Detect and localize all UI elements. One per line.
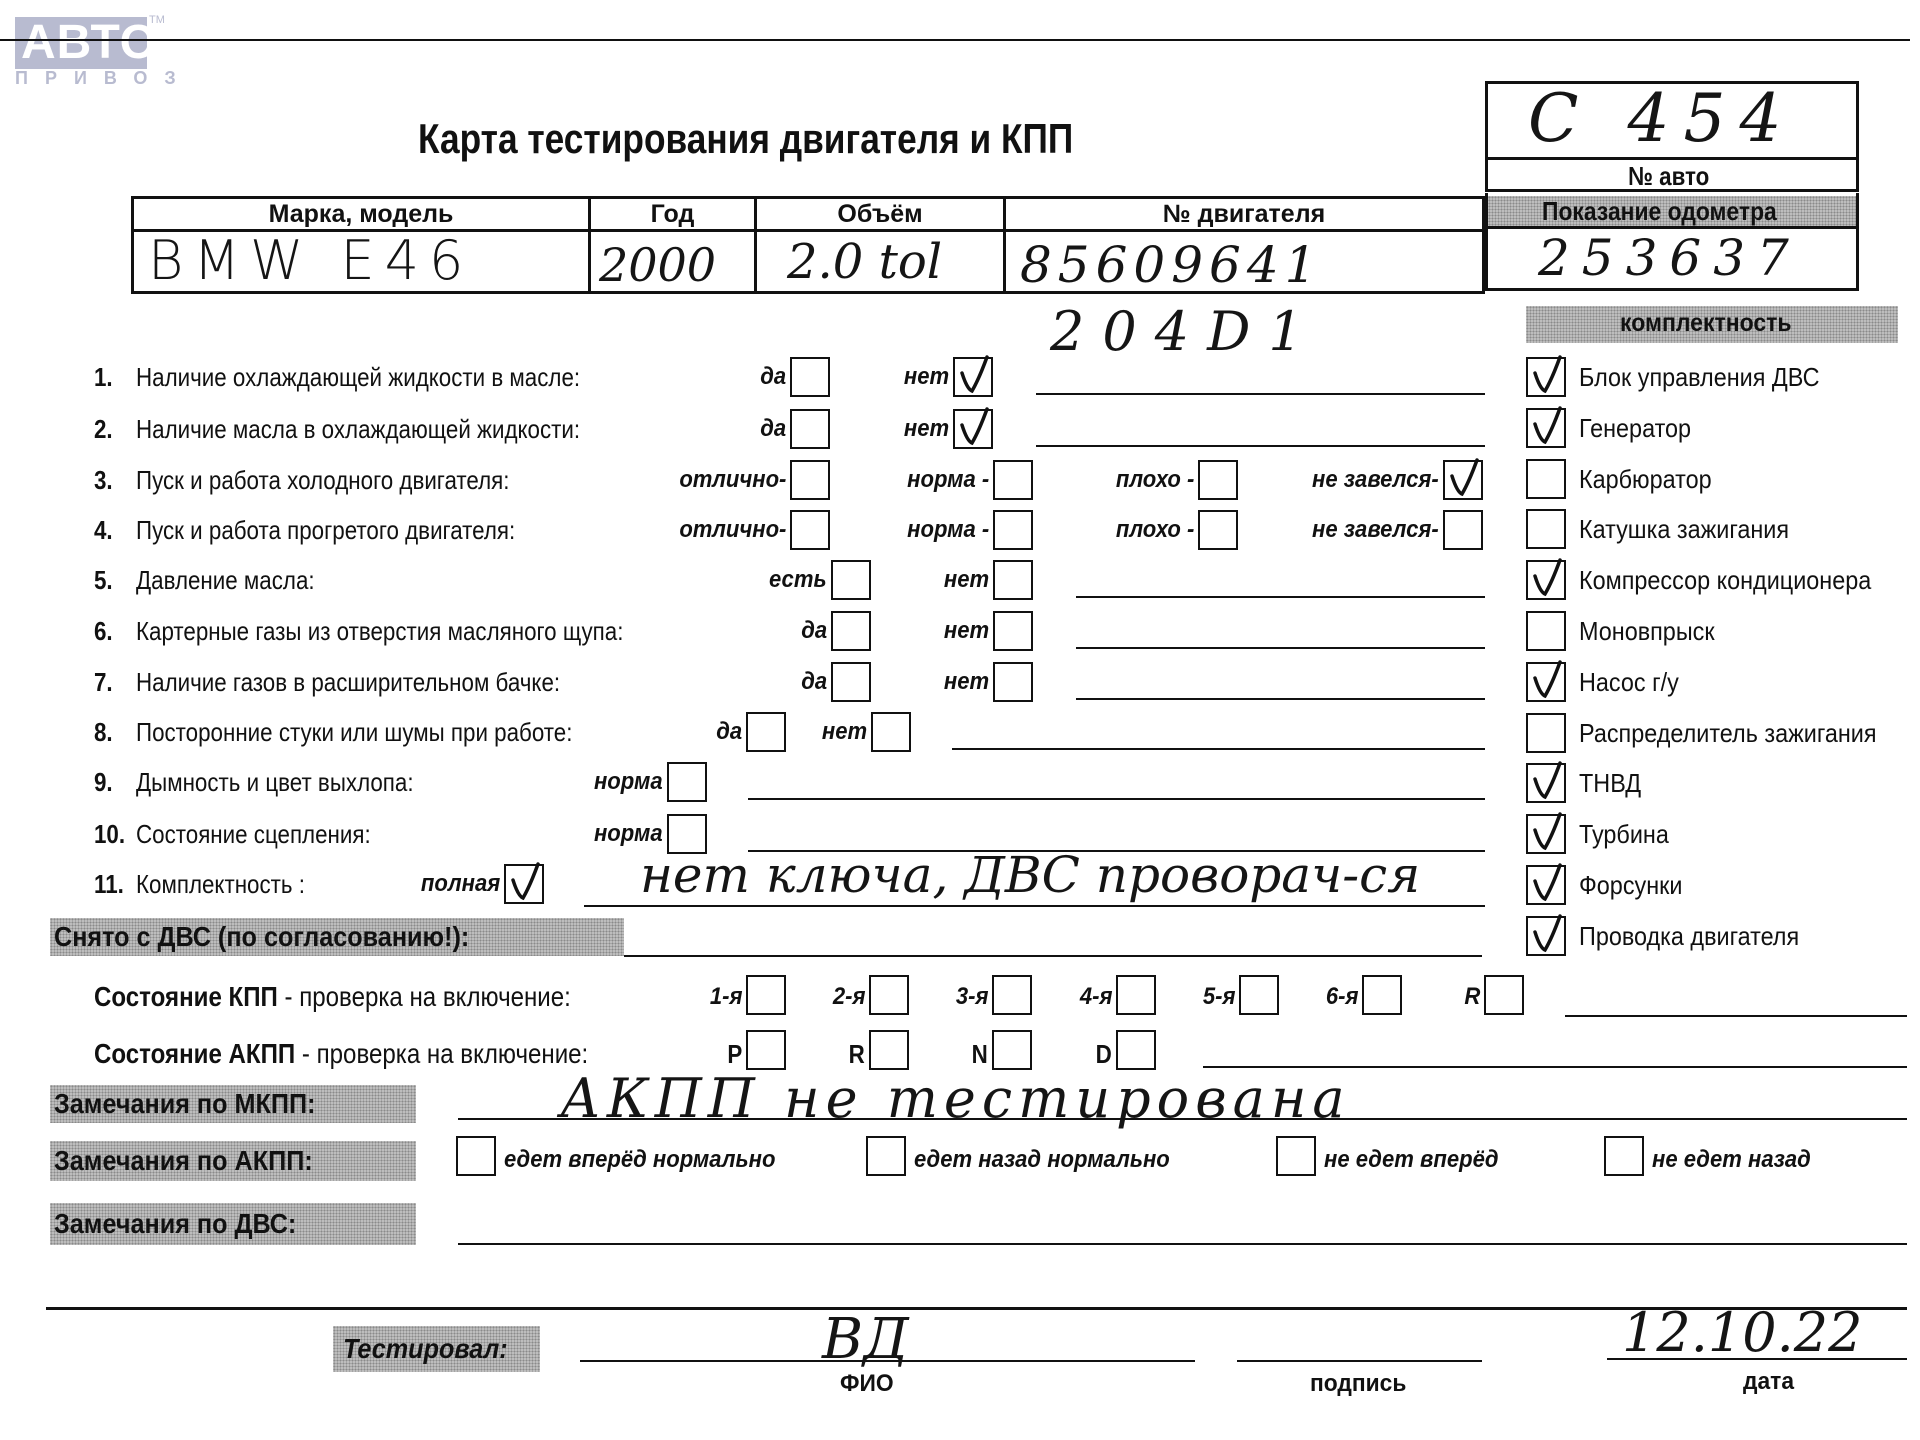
completeness-checkbox[interactable] (1526, 459, 1566, 499)
option-label: плохо - (1115, 518, 1194, 542)
remark-option-label: не едет назад (1652, 1148, 1811, 1172)
option-label: нет (822, 720, 867, 744)
check-number: 8. (94, 719, 113, 745)
odometer-label-bar: Показание одометра (1488, 196, 1856, 226)
check-note-line[interactable] (1076, 596, 1485, 598)
tested-by-label: Тестировал: (343, 1335, 508, 1363)
check-number: 6. (94, 618, 113, 644)
option-label: нет (944, 568, 989, 592)
option-label: нет (904, 417, 949, 441)
header-engine-number: № двигателя (1005, 198, 1484, 231)
odometer-label: Показание одометра (1542, 198, 1777, 224)
option-label: да (760, 417, 786, 441)
gear-checkbox[interactable] (1116, 975, 1156, 1015)
manual-gearbox-label-bold: Состояние КПП (94, 981, 278, 1012)
completeness-checkbox[interactable] (1526, 662, 1566, 702)
option-label: нет (904, 365, 949, 389)
option-checkbox[interactable] (993, 611, 1033, 651)
manual-gearbox-label-rest: - проверка на включение: (278, 981, 571, 1012)
option-checkbox[interactable] (993, 662, 1033, 702)
option-label: да (801, 619, 827, 643)
year-value: 2000 (599, 242, 716, 288)
remark-checkbox[interactable] (1276, 1136, 1316, 1176)
check-number: 11. (94, 871, 124, 897)
option-label: полная (421, 872, 500, 896)
check-label: Давление масла: (136, 567, 315, 593)
completeness-item-label: Компрессор кондиционера (1579, 567, 1871, 593)
remarks-engine-label: Замечания по ДВС: (54, 1210, 296, 1238)
option-checkbox[interactable] (746, 712, 786, 752)
option-checkbox[interactable] (790, 357, 830, 397)
option-checkbox[interactable] (953, 409, 993, 449)
gear-checkbox[interactable] (869, 1030, 909, 1070)
year-cell[interactable]: 2000 (590, 231, 756, 293)
gear-checkbox[interactable] (869, 975, 909, 1015)
manual-gearbox-label: Состояние КПП - проверка на включение: (94, 983, 571, 1011)
logo-text: АВТО (21, 19, 158, 67)
car-number-label: № авто (1628, 163, 1709, 189)
completeness-checkbox[interactable] (1526, 814, 1566, 854)
option-checkbox[interactable] (993, 460, 1033, 500)
option-label: не завелся- (1312, 518, 1439, 542)
gear-checkbox[interactable] (992, 1030, 1032, 1070)
volume-value: 2.0 tol (787, 238, 942, 286)
completeness-item-label: Проводка двигателя (1579, 923, 1799, 949)
option-label: да (801, 670, 827, 694)
gear-checkbox[interactable] (992, 975, 1032, 1015)
completeness-item-label: Моновпрыск (1579, 618, 1715, 644)
gear-label: 3-я (955, 985, 988, 1009)
completeness-note-line[interactable] (584, 905, 1485, 907)
logo-subtext: ПРИВОЗ (15, 68, 193, 89)
checkmark-icon (1530, 353, 1564, 397)
car-number-box: С 454 № авто (1485, 81, 1859, 192)
check-label: Наличие газов в расширительном бачке: (136, 669, 560, 695)
completeness-checkbox[interactable] (1526, 560, 1566, 600)
gear-checkbox[interactable] (1116, 1030, 1156, 1070)
option-label: нет (944, 670, 989, 694)
option-label: есть (769, 568, 827, 592)
header-volume: Объём (756, 198, 1005, 231)
divider (1488, 157, 1856, 160)
option-checkbox[interactable] (993, 510, 1033, 550)
check-label: Пуск и работа прогретого двигателя: (136, 517, 515, 543)
option-checkbox[interactable] (504, 864, 544, 904)
checkmark-icon (1530, 658, 1564, 702)
option-checkbox[interactable] (953, 357, 993, 397)
top-rule (0, 39, 1910, 41)
completeness-item-label: Насос г/у (1579, 669, 1679, 695)
check-note-line[interactable] (1036, 393, 1485, 395)
option-checkbox[interactable] (667, 762, 707, 802)
completeness-checkbox[interactable] (1526, 763, 1566, 803)
option-checkbox[interactable] (790, 460, 830, 500)
checkmark-icon (1530, 810, 1564, 854)
completeness-checkbox[interactable] (1526, 509, 1566, 549)
car-number-value[interactable]: С 454 (1528, 86, 1795, 152)
completeness-checkbox[interactable] (1526, 611, 1566, 651)
check-note-line[interactable] (952, 748, 1485, 750)
check-note-line[interactable] (748, 798, 1485, 800)
option-checkbox[interactable] (1443, 460, 1483, 500)
option-label: да (760, 365, 786, 389)
signature-line[interactable] (1237, 1360, 1482, 1362)
remarks-manual-label: Замечания по МКПП: (54, 1090, 316, 1118)
check-label: Картерные газы из отверстия масляного щу… (136, 618, 623, 644)
option-checkbox[interactable] (1198, 510, 1238, 550)
check-label: Комплектность : (136, 871, 305, 897)
completeness-checkbox[interactable] (1526, 916, 1566, 956)
remarks-engine-line[interactable] (458, 1243, 1907, 1245)
option-checkbox[interactable] (1443, 510, 1483, 550)
header-make-model: Марка, модель (133, 198, 590, 231)
manual-gearbox-note-line[interactable] (1565, 1015, 1907, 1017)
option-label: норма (594, 770, 663, 794)
gear-label: 2-я (832, 985, 865, 1009)
option-label: отлично- (679, 468, 786, 492)
checkmark-icon (957, 405, 991, 449)
make-model-cell[interactable]: BMW E46 (133, 231, 590, 293)
engine-number-cell[interactable]: 85609641 (1005, 231, 1484, 293)
completeness-item-label: Форсунки (1579, 872, 1682, 898)
logo-trademark: TM (149, 14, 165, 26)
checkmark-icon (1447, 456, 1481, 500)
checkmark-icon (1530, 912, 1564, 956)
option-checkbox[interactable] (831, 662, 871, 702)
remark-option-label: не едет вперёд (1324, 1148, 1499, 1172)
completeness-item-label: Карбюратор (1579, 466, 1712, 492)
name-caption: ФИО (840, 1372, 894, 1396)
completeness-item-label: Катушка зажигания (1579, 516, 1789, 542)
option-label: не завелся- (1312, 468, 1439, 492)
option-checkbox[interactable] (831, 611, 871, 651)
checkmark-icon (1530, 404, 1564, 448)
option-label: норма - (907, 518, 989, 542)
option-checkbox[interactable] (993, 560, 1033, 600)
gear-checkbox[interactable] (1484, 975, 1524, 1015)
volume-cell[interactable]: 2.0 tol (756, 231, 1005, 293)
check-number: 2. (94, 416, 113, 442)
check-number: 7. (94, 669, 113, 695)
gear-checkbox[interactable] (1239, 975, 1279, 1015)
gear-label: N (972, 1041, 988, 1067)
gear-label: 4-я (1079, 985, 1112, 1009)
completeness-checkbox[interactable] (1526, 713, 1566, 753)
remarks-engine-label-bar: Замечания по ДВС: (50, 1203, 416, 1245)
option-label: плохо - (1115, 468, 1194, 492)
removed-from-engine-label: Снято с ДВС (по согласованию!): (54, 923, 469, 951)
remarks-manual-label-bar: Замечания по МКПП: (50, 1085, 416, 1123)
tested-by-label-bar: Тестировал: (333, 1326, 540, 1372)
gear-label: 6-я (1325, 985, 1358, 1009)
remark-option-label: едет назад нормально (914, 1148, 1170, 1172)
completeness-checkbox[interactable] (1526, 865, 1566, 905)
remark-checkbox[interactable] (456, 1136, 496, 1176)
gear-label: R (1464, 985, 1480, 1009)
completeness-checkbox[interactable] (1526, 408, 1566, 448)
completeness-note[interactable]: нет ключа, ДВС проворач-ся (640, 850, 1420, 900)
check-number: 4. (94, 517, 113, 543)
gear-label: 1-я (709, 985, 742, 1009)
check-number: 9. (94, 769, 113, 795)
check-number: 10. (94, 821, 125, 847)
page-title: Карта тестирования двигателя и КПП (418, 118, 1073, 160)
remark-option-label: едет вперёд нормально (504, 1148, 775, 1172)
removed-from-engine-label-bar: Снято с ДВС (по согласованию!): (50, 918, 624, 956)
check-number: 1. (94, 364, 113, 390)
option-label: да (716, 720, 742, 744)
option-checkbox[interactable] (790, 510, 830, 550)
option-label: отлично- (679, 518, 786, 542)
odometer-value[interactable]: 253637 (1538, 233, 1801, 283)
completeness-header: комплектность (1526, 306, 1898, 343)
date-value[interactable]: 12.10.22 (1622, 1306, 1862, 1360)
checkmark-icon (508, 860, 542, 904)
check-label: Пуск и работа холодного двигателя: (136, 467, 509, 493)
remarks-manual-line (458, 1118, 1907, 1120)
completeness-checkbox[interactable] (1526, 357, 1566, 397)
date-caption: дата (1743, 1370, 1794, 1394)
option-checkbox[interactable] (790, 409, 830, 449)
make-model-value: BMW E46 (148, 234, 473, 288)
checkmark-icon (957, 353, 991, 397)
completeness-title: комплектность (1620, 311, 1792, 336)
check-note-line[interactable] (1076, 647, 1485, 649)
auto-gearbox-label: Состояние АКПП - проверка на включение: (94, 1040, 588, 1068)
check-label: Наличие охлаждающей жидкости в масле: (136, 364, 580, 390)
gear-label: 5-я (1202, 985, 1235, 1009)
check-label: Наличие масла в охлаждающей жидкости: (136, 416, 580, 442)
auto-gearbox-label-rest: - проверка на включение: (295, 1038, 588, 1069)
auto-gearbox-label-bold: Состояние АКПП (94, 1038, 295, 1069)
checkmark-icon (1530, 861, 1564, 905)
logo: АВТО (15, 17, 147, 69)
remark-checkbox[interactable] (866, 1136, 906, 1176)
car-info-table: Марка, модель Год Объём № двигателя BMW … (131, 196, 1485, 294)
completeness-item-label: Турбина (1579, 821, 1669, 847)
option-checkbox[interactable] (871, 712, 911, 752)
remark-checkbox[interactable] (1604, 1136, 1644, 1176)
completeness-item-label: Генератор (1579, 415, 1691, 441)
option-checkbox[interactable] (1198, 460, 1238, 500)
option-label: нет (944, 619, 989, 643)
gear-checkbox[interactable] (746, 975, 786, 1015)
engine-number-value: 85609641 (1020, 240, 1323, 290)
completeness-item-label: Блок управления ДВС (1579, 364, 1819, 390)
header-year: Год (590, 198, 756, 231)
option-checkbox[interactable] (831, 560, 871, 600)
checkmark-icon (1530, 556, 1564, 600)
gear-checkbox[interactable] (746, 1030, 786, 1070)
check-label: Состояние сцепления: (136, 821, 371, 847)
check-note-line[interactable] (1036, 445, 1485, 447)
remarks-auto-label: Замечания по АКПП: (54, 1147, 313, 1175)
check-label: Посторонние стуки или шумы при работе: (136, 719, 572, 745)
gear-label: R (849, 1041, 865, 1067)
remarks-auto-label-bar: Замечания по АКПП: (50, 1141, 416, 1181)
tester-name-value[interactable]: ВД (822, 1312, 909, 1368)
check-number: 3. (94, 467, 113, 493)
checkmark-icon (1530, 759, 1564, 803)
check-number: 5. (94, 567, 113, 593)
option-label: норма (594, 822, 663, 846)
engine-number-extra: 204D1 (1050, 305, 1321, 359)
gear-checkbox[interactable] (1362, 975, 1402, 1015)
completeness-item-label: ТНВД (1579, 770, 1641, 796)
signature-caption: подпись (1310, 1372, 1406, 1396)
gear-label: D (1096, 1041, 1112, 1067)
removed-from-engine-line[interactable] (624, 955, 1482, 957)
check-label: Дымность и цвет выхлопа: (136, 769, 414, 795)
option-label: норма - (907, 468, 989, 492)
gear-label: P (727, 1041, 742, 1067)
check-note-line[interactable] (1076, 698, 1485, 700)
completeness-item-label: Распределитель зажигания (1579, 720, 1877, 746)
odometer-box: Показание одометра 253637 (1485, 193, 1859, 291)
